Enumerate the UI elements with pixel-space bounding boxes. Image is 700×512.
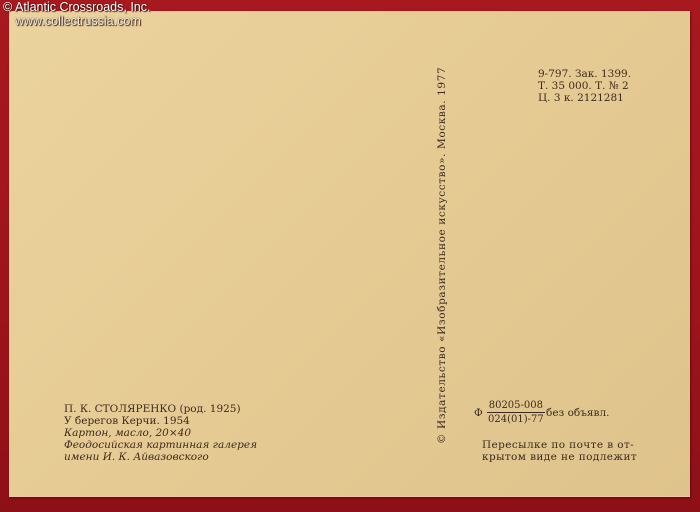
mail-note: Пересылке по почте в от- крытом виде не … bbox=[482, 439, 637, 463]
watermark-website: www.collectrussia.com bbox=[3, 14, 150, 28]
mail-note-line: Пересылке по почте в от- bbox=[482, 439, 637, 451]
mail-note-line: крытом виде не подлежит bbox=[482, 451, 637, 463]
gallery-line-2: имени И. К. Айвазовского bbox=[64, 451, 257, 463]
index-numerator: 80205-008 bbox=[487, 400, 545, 413]
index-symbol: Ф bbox=[474, 407, 483, 419]
print-info-line: 9-797. Зак. 1399. bbox=[538, 68, 631, 80]
publisher-line: © Издательство «Изобразительное искусств… bbox=[436, 67, 448, 444]
print-info-line: Ц. 3 к. 2121281 bbox=[538, 92, 631, 104]
artwork-medium: Картон, масло, 20×40 bbox=[64, 427, 257, 439]
index-fraction: 80205-008 024(01)-77 bbox=[487, 400, 545, 426]
catalog-index: Ф 80205-008 024(01)-77 без объявл. bbox=[474, 400, 609, 426]
watermark-copyright: © Atlantic Crossroads, Inc. bbox=[3, 0, 150, 14]
watermark: © Atlantic Crossroads, Inc. www.collectr… bbox=[3, 0, 150, 28]
print-info: 9-797. Зак. 1399. Т. 35 000. Т. № 2 Ц. 3… bbox=[538, 68, 631, 104]
artwork-caption: П. К. СТОЛЯРЕНКО (род. 1925) У берегов К… bbox=[64, 403, 257, 463]
artwork-title: У берегов Керчи. 1954 bbox=[64, 415, 257, 427]
postcard-back: 9-797. Зак. 1399. Т. 35 000. Т. № 2 Ц. 3… bbox=[9, 11, 690, 497]
index-denominator: 024(01)-77 bbox=[488, 413, 544, 426]
gallery-line-1: Феодосийская картинная галерея bbox=[64, 439, 257, 451]
print-info-line: Т. 35 000. Т. № 2 bbox=[538, 80, 631, 92]
artist-name: П. К. СТОЛЯРЕНКО (род. 1925) bbox=[64, 403, 257, 415]
index-note: без объявл. bbox=[546, 407, 609, 419]
